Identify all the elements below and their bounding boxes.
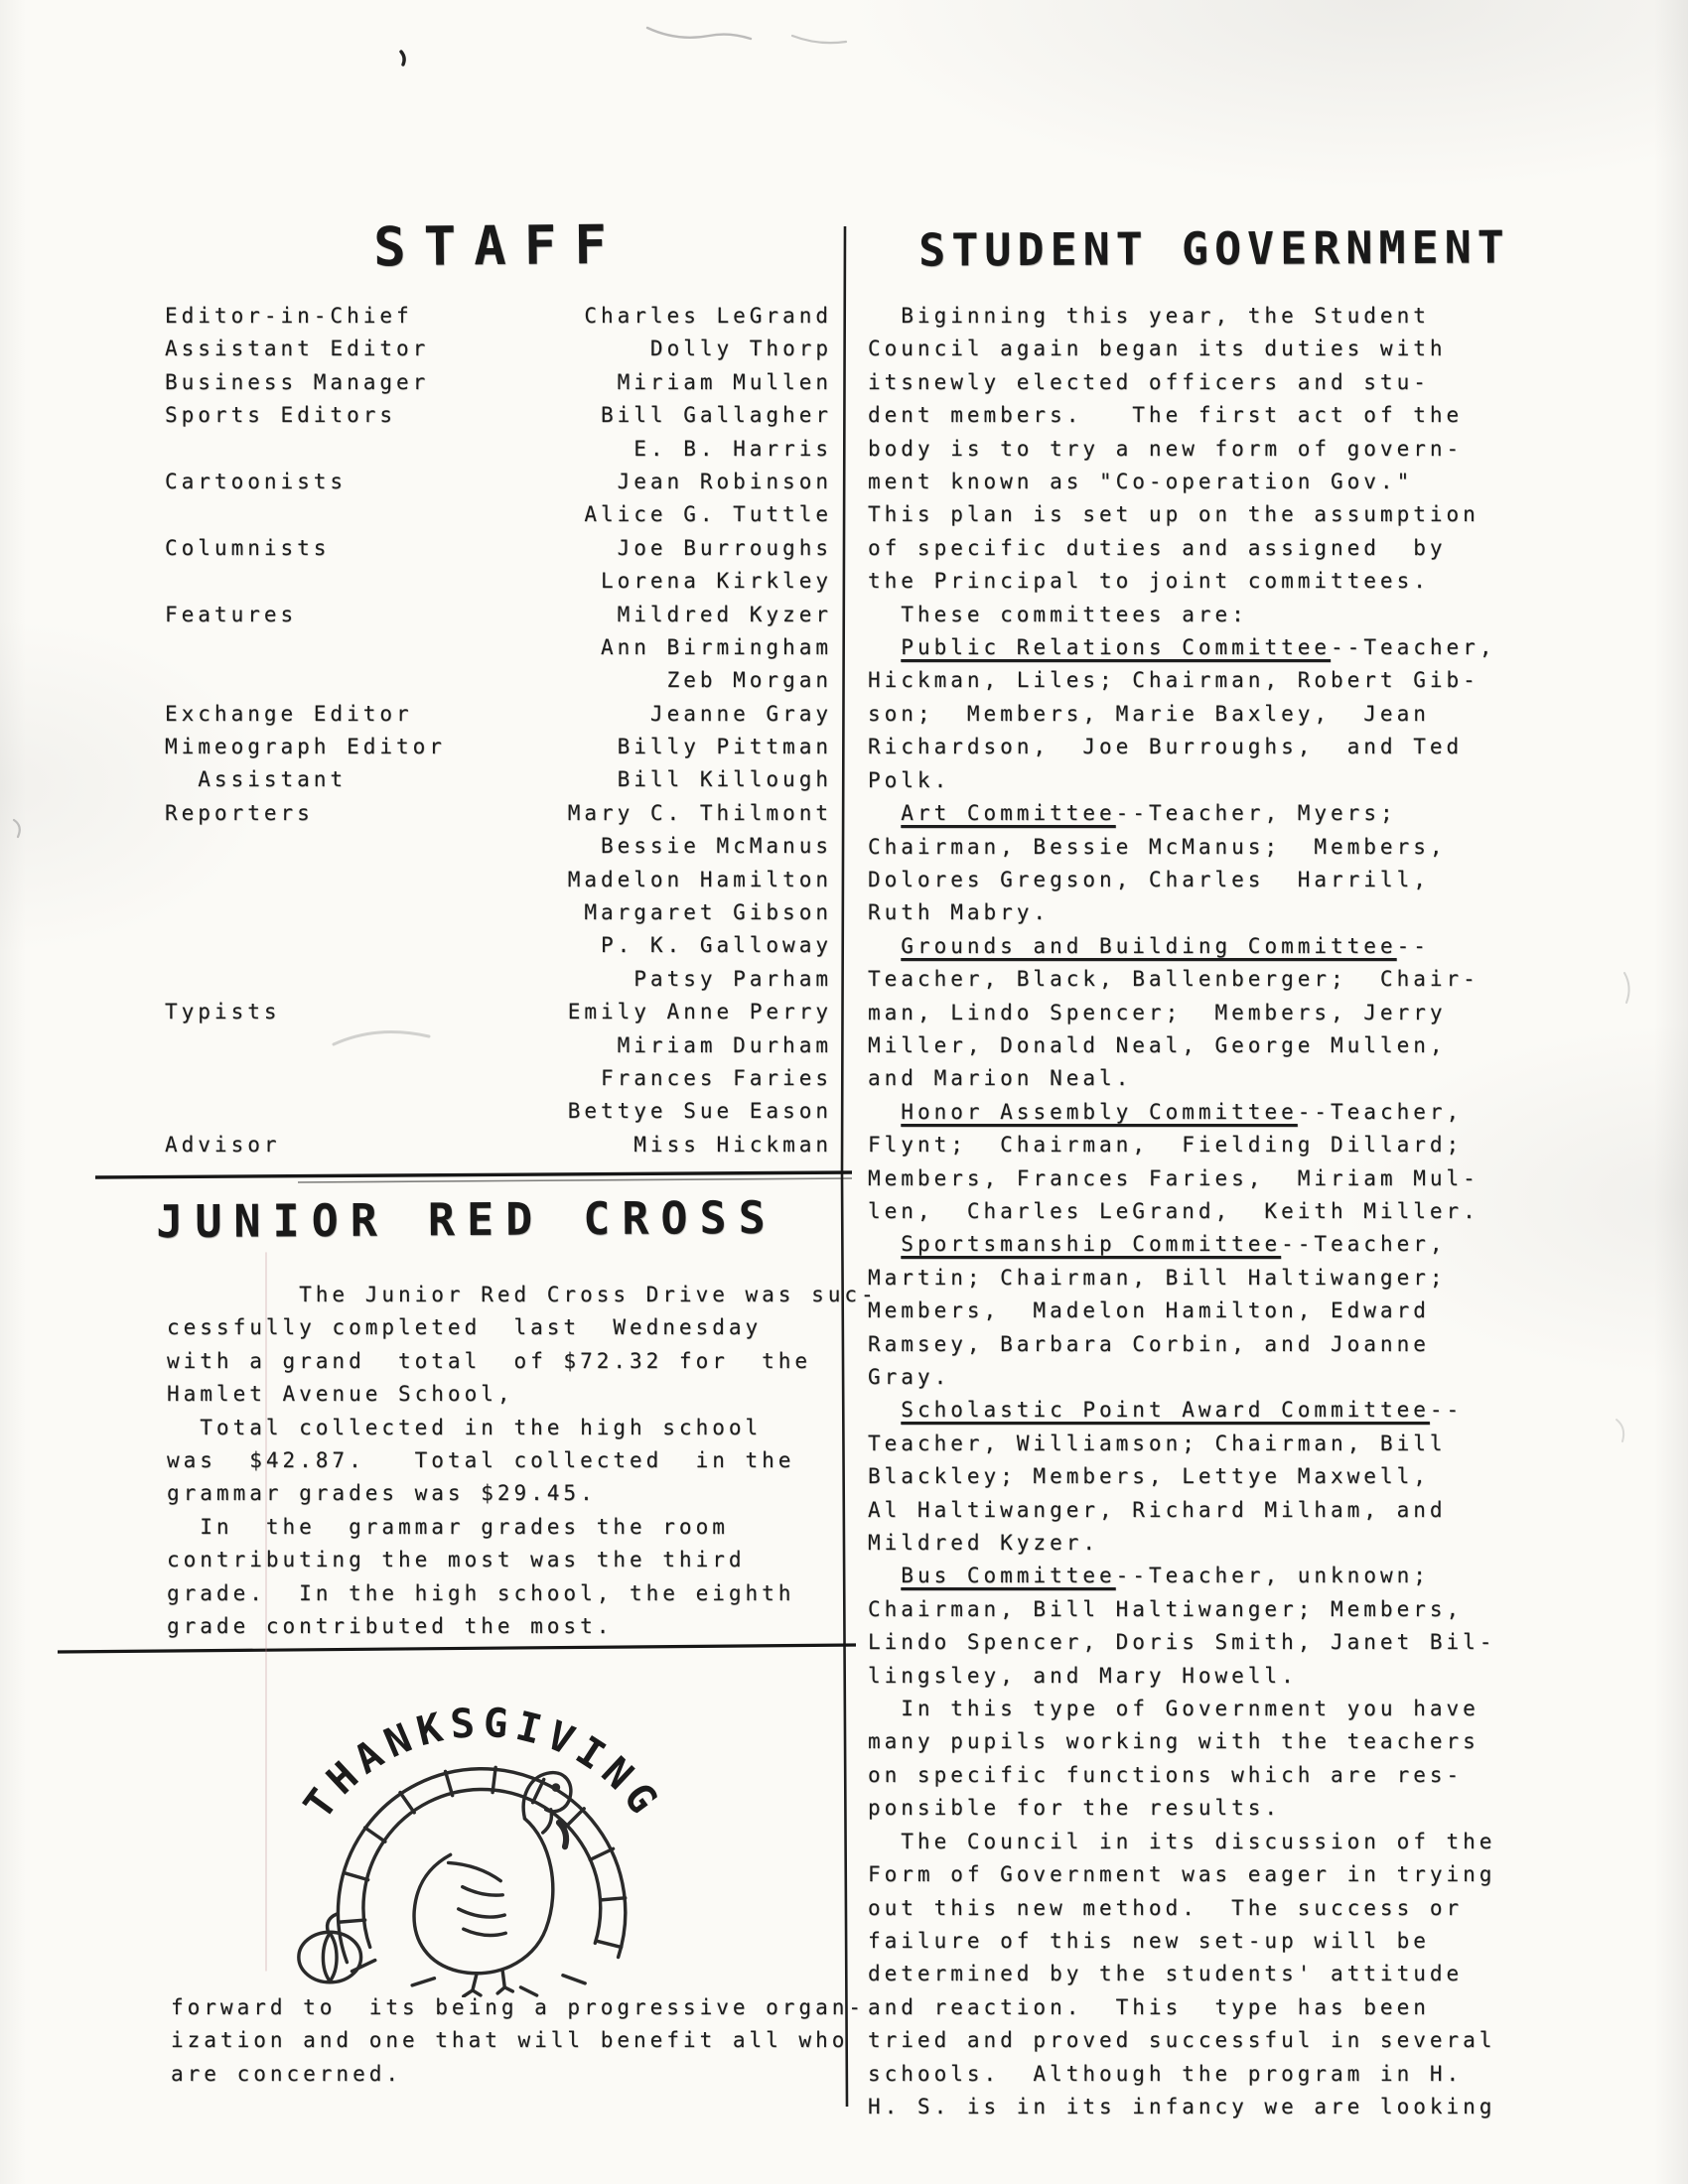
staff-role: Assistant — [165, 763, 347, 796]
staff-name: Bill Killough — [618, 763, 832, 796]
table-row: E. B. Harris — [165, 433, 832, 466]
text-line: schools. Although the program in H. — [868, 2058, 1575, 2091]
staff-name: Joe Burroughs — [618, 532, 832, 565]
staff-name: Dolly Thorp — [650, 333, 832, 365]
table-row: Madelon Hamilton — [165, 864, 832, 896]
table-row: CartoonistsJean Robinson — [165, 466, 832, 498]
text-line: Teacher, Williamson; Chairman, Bill — [868, 1428, 1575, 1460]
table-row: Editor-in-ChiefCharles LeGrand — [165, 300, 832, 333]
table-row: Ann Birmingham — [165, 631, 832, 664]
table-row: Patsy Parham — [165, 963, 832, 996]
text-line: Lindo Spencer, Doris Smith, Janet Bil- — [868, 1626, 1575, 1659]
text-line: determined by the students' attitude — [868, 1958, 1575, 1990]
text-line: dent members. The first act of the — [868, 399, 1575, 432]
staff-role: Editor-in-Chief — [165, 300, 413, 333]
staff-name: Miss Hickman — [633, 1129, 832, 1161]
text-line: Hamlet Avenue School, — [167, 1378, 862, 1411]
staff-role: Exchange Editor — [165, 698, 413, 731]
staff-name: E. B. Harris — [633, 433, 832, 466]
staff-role: Features — [165, 599, 297, 631]
text-line: ponsible for the results. — [868, 1792, 1575, 1825]
staff-section-title: STAFF — [164, 210, 835, 280]
staff-name: Jean Robinson — [618, 466, 832, 498]
text-line: grade. In the high school, the eighth — [167, 1577, 862, 1610]
text-line: Chairman, Bill Haltiwanger; Members, — [868, 1593, 1575, 1626]
text-line: Members, Madelon Hamilton, Edward — [868, 1295, 1575, 1327]
scanned-newspaper-page: { "colors": { "ink": "#1b1b1b", "paper":… — [0, 0, 1688, 2184]
table-row: Lorena Kirkley — [165, 565, 832, 598]
text-line: with a grand total of $72.32 for the — [167, 1345, 862, 1378]
text-line: lingsley, and Mary Howell. — [868, 1660, 1575, 1693]
text-line: In this type of Government you have — [868, 1693, 1575, 1725]
staff-role: Columnists — [165, 532, 330, 565]
staff-name: Zeb Morgan — [667, 664, 832, 697]
table-row: Zeb Morgan — [165, 664, 832, 697]
text-line: of specific duties and assigned by — [868, 532, 1575, 565]
table-row: Alice G. Tuttle — [165, 498, 832, 531]
staff-role: Assistant Editor — [165, 333, 429, 365]
staff-role: Cartoonists — [165, 466, 347, 498]
staff-name: Lorena Kirkley — [601, 565, 832, 598]
text-line: Al Haltiwanger, Richard Milham, and — [868, 1494, 1575, 1527]
text-line: Grounds and Building Committee-- — [868, 930, 1575, 963]
table-row: Sports EditorsBill Gallagher — [165, 399, 832, 432]
text-line: len, Charles LeGrand, Keith Miller. — [868, 1195, 1575, 1228]
text-line: grade contributed the most. — [167, 1610, 862, 1643]
text-line: In the grammar grades the room — [167, 1511, 862, 1544]
text-line: This plan is set up on the assumption — [868, 498, 1575, 531]
staff-name: Mildred Kyzer — [618, 599, 832, 631]
table-row: AssistantBill Killough — [165, 763, 832, 796]
text-line: body is to try a new form of govern- — [868, 433, 1575, 466]
text-line: son; Members, Marie Baxley, Jean — [868, 698, 1575, 731]
table-row: P. K. Galloway — [165, 929, 832, 962]
text-line: cessfully completed last Wednesday — [167, 1311, 862, 1344]
thanksgiving-arc-caption: THANKSGIVING — [294, 1699, 671, 1828]
staff-name: Madelon Hamilton — [568, 864, 832, 896]
text-line: Polk. — [868, 764, 1575, 797]
text-line: Richardson, Joe Burroughs, and Ted — [868, 731, 1575, 763]
text-line: Bus Committee--Teacher, unknown; — [868, 1560, 1575, 1592]
continued-article-text: forward to its being a progressive organ… — [171, 1991, 882, 2091]
student-government-section-title: STUDENT GOVERNMENT — [862, 220, 1567, 277]
table-row: ReportersMary C. Thilmont — [165, 797, 832, 830]
staff-name: Bessie McManus — [601, 830, 832, 863]
text-line: itsnewly elected officers and stu- — [868, 366, 1575, 399]
text-line: Miller, Donald Neal, George Mullen, — [868, 1029, 1575, 1062]
text-line: Chairman, Bessie McManus; Members, — [868, 831, 1575, 864]
staff-role: Reporters — [165, 797, 314, 830]
text-line: These committees are: — [868, 599, 1575, 631]
text-line: are concerned. — [171, 2058, 882, 2091]
text-line: grammar grades was $29.45. — [167, 1477, 862, 1510]
junior-red-cross-article: The Junior Red Cross Drive was suc-cessf… — [167, 1279, 862, 1643]
staff-name: Frances Faries — [601, 1062, 832, 1095]
text-line: Scholastic Point Award Committee-- — [868, 1394, 1575, 1427]
staff-name: Jeanne Gray — [650, 698, 832, 731]
table-row: AdvisorMiss Hickman — [165, 1129, 832, 1161]
staff-name: P. K. Galloway — [601, 929, 832, 962]
table-row: Assistant EditorDolly Thorp — [165, 333, 832, 365]
staff-role: Typists — [165, 996, 281, 1028]
staff-name: Mary C. Thilmont — [568, 797, 832, 830]
table-row: Frances Faries — [165, 1062, 832, 1095]
text-line: Flynt; Chairman, Fielding Dillard; — [868, 1129, 1575, 1161]
table-row: Business ManagerMiriam Mullen — [165, 366, 832, 399]
staff-role: Business Manager — [165, 366, 429, 399]
text-line: Dolores Gregson, Charles Harrill, — [868, 864, 1575, 896]
text-line: Mildred Kyzer. — [868, 1527, 1575, 1560]
table-row: Margaret Gibson — [165, 896, 832, 929]
column-divider-line — [842, 226, 847, 2107]
text-line: Public Relations Committee--Teacher, — [868, 631, 1575, 664]
staff-name: Charles LeGrand — [584, 300, 832, 333]
text-line: Martin; Chairman, Bill Haltiwanger; — [868, 1262, 1575, 1295]
staff-list: Editor-in-ChiefCharles LeGrandAssistant … — [165, 300, 832, 1161]
text-line: Council again began its duties with — [868, 333, 1575, 365]
text-line: Members, Frances Faries, Miriam Mul- — [868, 1162, 1575, 1195]
staff-role: Advisor — [165, 1129, 281, 1161]
text-line: the Principal to joint committees. — [868, 565, 1575, 598]
text-line: Hickman, Liles; Chairman, Robert Gib- — [868, 664, 1575, 697]
text-line: Gray. — [868, 1361, 1575, 1394]
table-row: ColumnistsJoe Burroughs — [165, 532, 832, 565]
text-line: tried and proved successful in several — [868, 2024, 1575, 2057]
staff-name: Ann Birmingham — [601, 631, 832, 664]
text-line: The Council in its discussion of the — [868, 1826, 1575, 1858]
text-line: Blackley; Members, Lettye Maxwell, — [868, 1460, 1575, 1493]
text-line: Ruth Mabry. — [868, 896, 1575, 929]
text-line: Biginning this year, the Student — [868, 300, 1575, 333]
staff-name: Patsy Parham — [633, 963, 832, 996]
staff-name: Miriam Mullen — [618, 366, 832, 399]
text-line: contributing the most was the third — [167, 1544, 862, 1576]
table-row: Miriam Durham — [165, 1029, 832, 1062]
text-line: on specific functions which are res- — [868, 1759, 1575, 1792]
table-row: Bessie McManus — [165, 830, 832, 863]
text-line: failure of this new set-up will be — [868, 1925, 1575, 1958]
text-line: Teacher, Black, Ballenberger; Chair- — [868, 963, 1575, 996]
text-line: Honor Assembly Committee--Teacher, — [868, 1096, 1575, 1129]
text-line: man, Lindo Spencer; Members, Jerry — [868, 997, 1575, 1029]
staff-name: Miriam Durham — [618, 1029, 832, 1062]
staff-name: Billy Pittman — [618, 731, 832, 763]
staff-name: Margaret Gibson — [584, 896, 832, 929]
staff-role: Sports Editors — [165, 399, 396, 432]
text-line: ment known as "Co-operation Gov." — [868, 466, 1575, 498]
text-line: Ramsey, Barbara Corbin, and Joanne — [868, 1328, 1575, 1361]
text-line: Form of Government was eager in trying — [868, 1858, 1575, 1891]
staff-name: Emily Anne Perry — [568, 996, 832, 1028]
text-line: many pupils working with the teachers — [868, 1725, 1575, 1758]
table-row: Mimeograph EditorBilly Pittman — [165, 731, 832, 763]
text-line: was $42.87. Total collected in the — [167, 1444, 862, 1477]
text-line: out this new method. The success or — [868, 1892, 1575, 1925]
text-line: Sportsmanship Committee--Teacher, — [868, 1228, 1575, 1261]
text-line: and reaction. This type has been — [868, 1991, 1575, 2024]
table-row: FeaturesMildred Kyzer — [165, 599, 832, 631]
text-line: The Junior Red Cross Drive was suc- — [167, 1279, 862, 1311]
text-line: Total collected in the high school — [167, 1412, 862, 1444]
table-row: Exchange EditorJeanne Gray — [165, 698, 832, 731]
text-line: H. S. is in its infancy we are looking — [868, 2091, 1575, 2123]
staff-name: Bettye Sue Eason — [568, 1095, 832, 1128]
staff-name: Alice G. Tuttle — [584, 498, 832, 531]
student-government-article: Biginning this year, the StudentCouncil … — [868, 300, 1575, 2123]
text-line: and Marion Neal. — [868, 1062, 1575, 1095]
thanksgiving-turkey-illustration: THANKSGIVING — [260, 1656, 705, 1997]
staff-name: Bill Gallagher — [601, 399, 832, 432]
junior-red-cross-section-title: JUNIOR RED CROSS — [99, 1190, 834, 1248]
table-row: TypistsEmily Anne Perry — [165, 996, 832, 1028]
text-line: Art Committee--Teacher, Myers; — [868, 797, 1575, 830]
staff-role: Mimeograph Editor — [165, 731, 446, 763]
text-line: ization and one that will benefit all wh… — [171, 2024, 882, 2057]
table-row: Bettye Sue Eason — [165, 1095, 832, 1128]
